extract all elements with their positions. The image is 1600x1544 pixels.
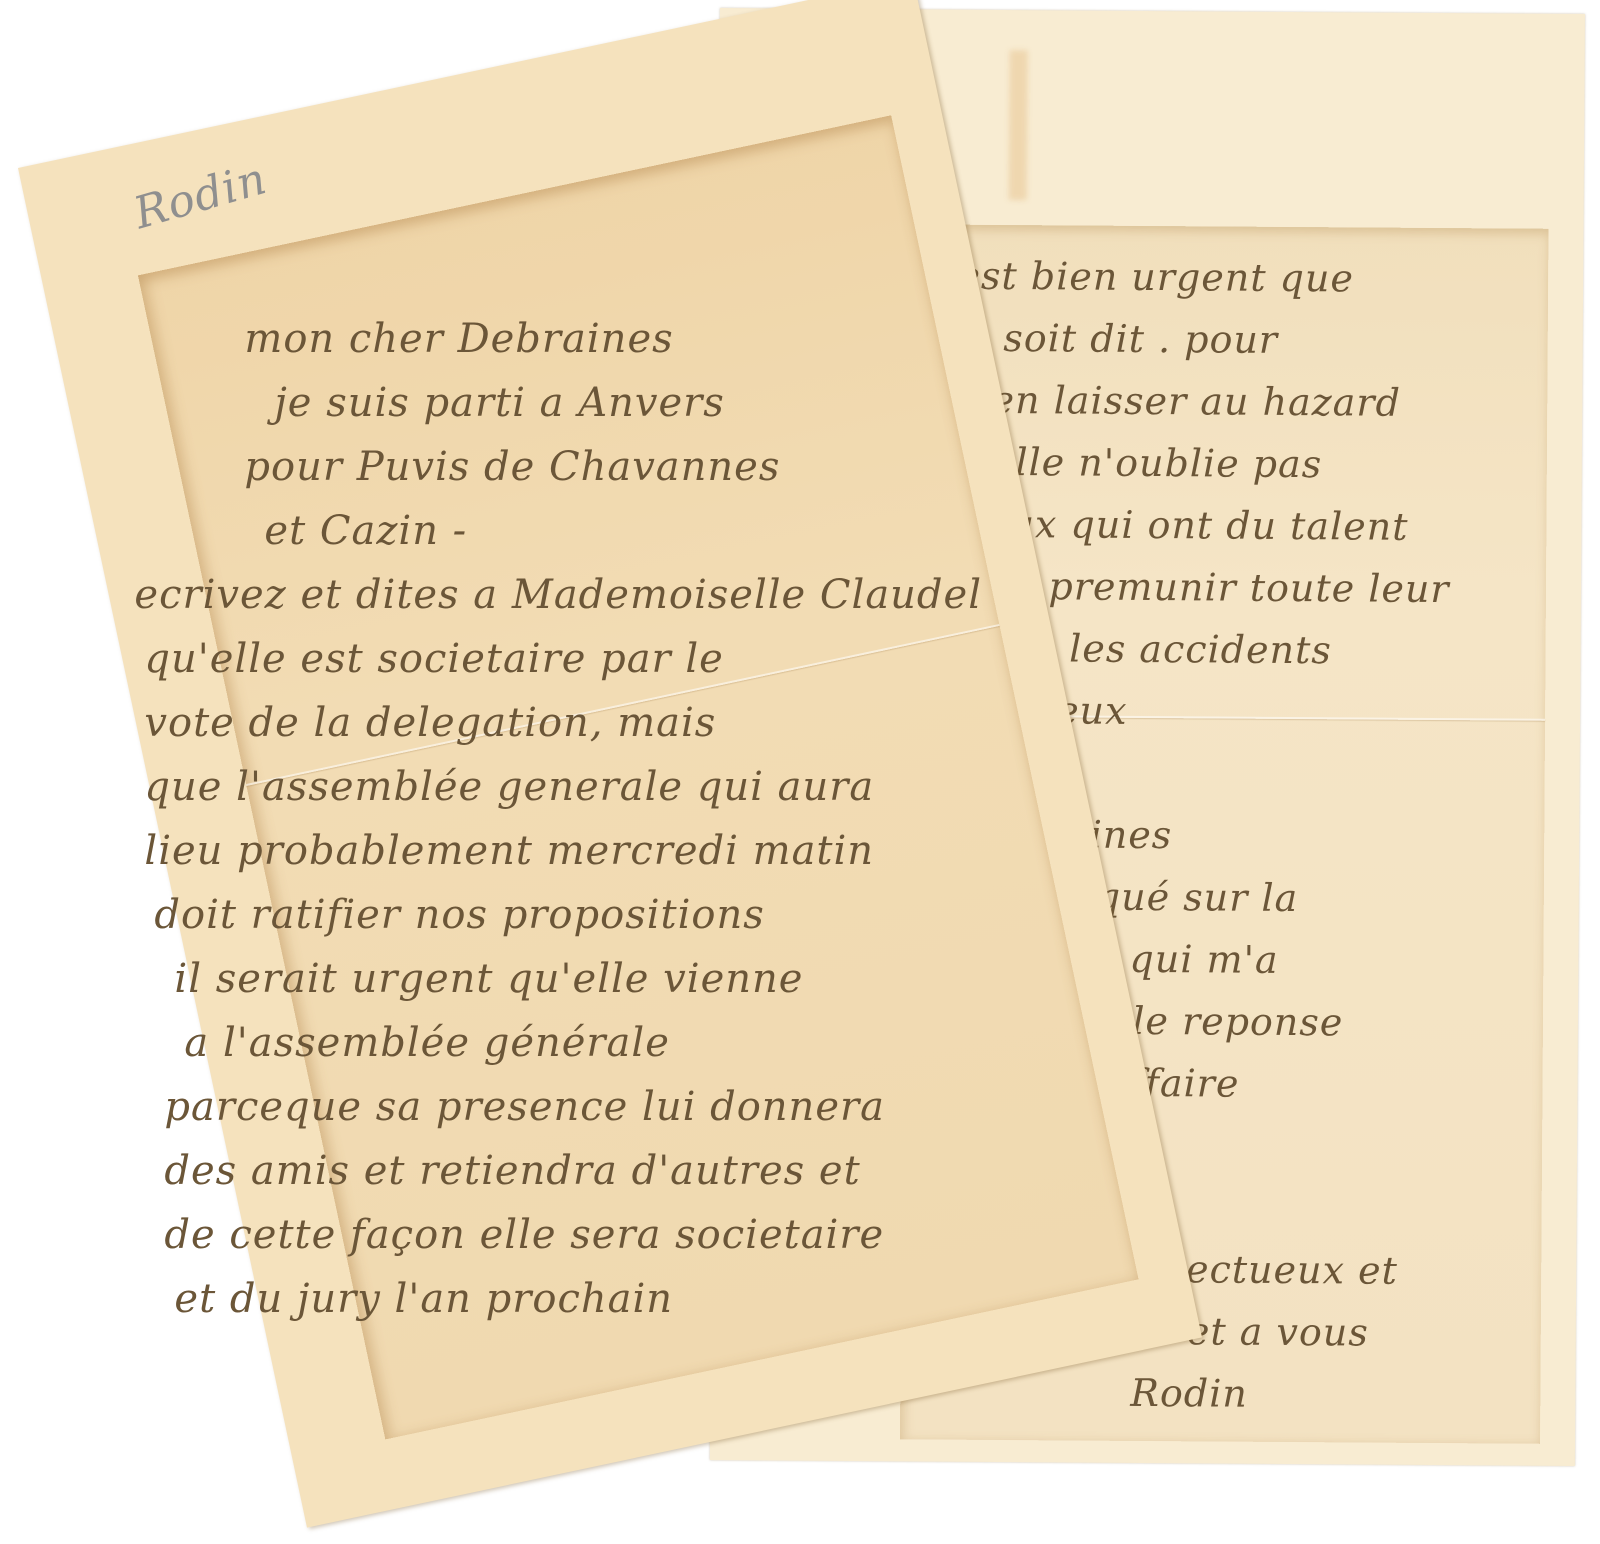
handwritten-line: ecrivez et dites a Mademoiselle Claudel [134,563,982,627]
pencil-annotation: Rodin [128,153,272,239]
handwritten-line: il serait urgent qu'elle vienne [134,947,982,1011]
handwritten-line: de cette façon elle sera societaire [134,1203,982,1267]
handwritten-line: et du jury l'an prochain [134,1267,982,1331]
handwritten-line: et Cazin - [134,499,982,563]
handwritten-line: que l'assemblée generale qui aura [134,755,982,819]
letter-left-text: mon cher Debraines je suis parti a Anver… [134,307,982,1331]
handwritten-line: doit ratifier nos propositions [134,883,982,947]
salutation: mon cher Debraines [134,307,982,371]
handwritten-line: qu'elle est societaire par le [134,627,982,691]
handwritten-line: je suis parti a Anvers [134,371,982,435]
handwritten-line: des amis et retiendra d'autres et [134,1139,982,1203]
handwritten-line: vote de la delegation, mais [134,691,982,755]
handwritten-line: lieu probablement mercredi matin [134,819,982,883]
handwritten-line: pour Puvis de Chavannes [134,435,982,499]
handwritten-line: parceque sa presence lui donnera [134,1075,982,1139]
paper-stain [1009,50,1028,200]
handwritten-line: a l'assemblée générale [134,1011,982,1075]
